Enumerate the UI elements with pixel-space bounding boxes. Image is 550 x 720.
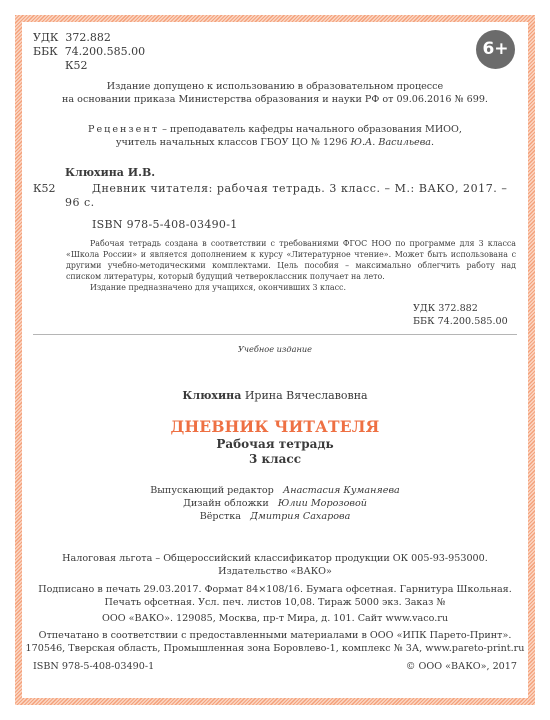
- catalog-description: Дневник читателя: рабочая тетрадь. 3 кла…: [92, 182, 507, 196]
- reviewer-position: учитель начальных классов ГБОУ ЦО № 1296: [116, 137, 351, 148]
- reviewer-name: Ю.А. Васильева.: [351, 137, 435, 148]
- credit-role: Дизайн обложки: [183, 498, 269, 509]
- udk-label: УДК: [33, 31, 58, 44]
- approval-line-2: на основании приказа Министерства образо…: [0, 94, 550, 107]
- annotation-paragraph-1: Рабочая тетрадь создана в соответствии с…: [66, 238, 516, 282]
- catalog-pages: 96 с.: [65, 196, 95, 210]
- credit-editor: Выпускающий редактор Анастасия Куманяева: [0, 485, 550, 498]
- approval-line-1: Издание допущено к использованию в образ…: [0, 81, 550, 94]
- reviewer-text: – преподаватель кафедры начального образ…: [159, 124, 462, 135]
- catalog-author: Клюхина И.В.: [65, 166, 155, 180]
- author-sign-header: К52: [65, 59, 88, 73]
- credit-role: Вёрстка: [200, 511, 241, 522]
- reviewer-line-1: Рецензент – преподаватель кафедры началь…: [0, 124, 550, 137]
- reviewer-line-2: учитель начальных классов ГБОУ ЦО № 1296…: [0, 137, 550, 150]
- credit-name: Юлии Морозовой: [278, 498, 367, 509]
- print-line-1: Подписано в печать 29.03.2017. Формат 84…: [0, 584, 550, 597]
- print-line-2: Печать офсетная. Усл. печ. листов 10,08.…: [0, 597, 550, 610]
- book-subtitle: Рабочая тетрадь: [0, 437, 550, 452]
- annotation-paragraph-2: Издание предназначено для учащихся, окон…: [66, 282, 516, 293]
- printer-line-1: Отпечатано в соответствии с предоставлен…: [0, 630, 550, 643]
- footer-copyright: © ООО «ВАКО», 2017: [406, 661, 517, 674]
- age-rating-badge: 6+: [476, 30, 515, 69]
- book-title: ДНЕВНИК ЧИТАТЕЛЯ: [0, 417, 550, 436]
- credit-cover-design: Дизайн обложки Юлии Морозовой: [0, 498, 550, 511]
- footer-isbn: ISBN 978-5-408-03490-1: [33, 661, 154, 674]
- annotation: Рабочая тетрадь создана в соответствии с…: [66, 238, 516, 293]
- book-author-surname: Клюхина: [182, 389, 241, 402]
- bbk-right: ББК 74.200.585.00: [413, 316, 508, 329]
- credit-layout: Вёрстка Дмитрия Сахарова: [0, 511, 550, 524]
- catalog-isbn: ISBN 978-5-408-03490-1: [92, 218, 238, 232]
- udk-value: 372.882: [65, 31, 111, 44]
- book-grade: 3 класс: [0, 452, 550, 467]
- tax-line-2: Издательство «ВАКО»: [0, 566, 550, 579]
- publisher-line: ООО «ВАКО». 129085, Москва, пр-т Мира, д…: [0, 613, 550, 626]
- bbk-header: ББК 74.200.585.00: [33, 45, 145, 59]
- udk-right: УДК 372.882: [413, 303, 478, 316]
- bbk-label: ББК: [33, 45, 58, 58]
- credit-role: Выпускающий редактор: [150, 485, 274, 496]
- catalog-sign: К52: [33, 182, 56, 196]
- divider: [33, 334, 517, 335]
- book-author: Клюхина Ирина Вячеславовна: [0, 389, 550, 403]
- reviewer-label: Рецензент: [88, 124, 159, 135]
- printer-line-2: 170546, Тверская область, Промышленная з…: [0, 643, 550, 656]
- bbk-value: 74.200.585.00: [65, 45, 145, 58]
- tax-line-1: Налоговая льгота – Общероссийский класси…: [0, 553, 550, 566]
- credit-name: Дмитрия Сахарова: [250, 511, 350, 522]
- udk-header: УДК 372.882: [33, 31, 111, 45]
- edition-type: Учебное издание: [0, 344, 550, 355]
- book-author-name: Ирина Вячеславовна: [241, 389, 367, 402]
- credit-name: Анастасия Куманяева: [283, 485, 400, 496]
